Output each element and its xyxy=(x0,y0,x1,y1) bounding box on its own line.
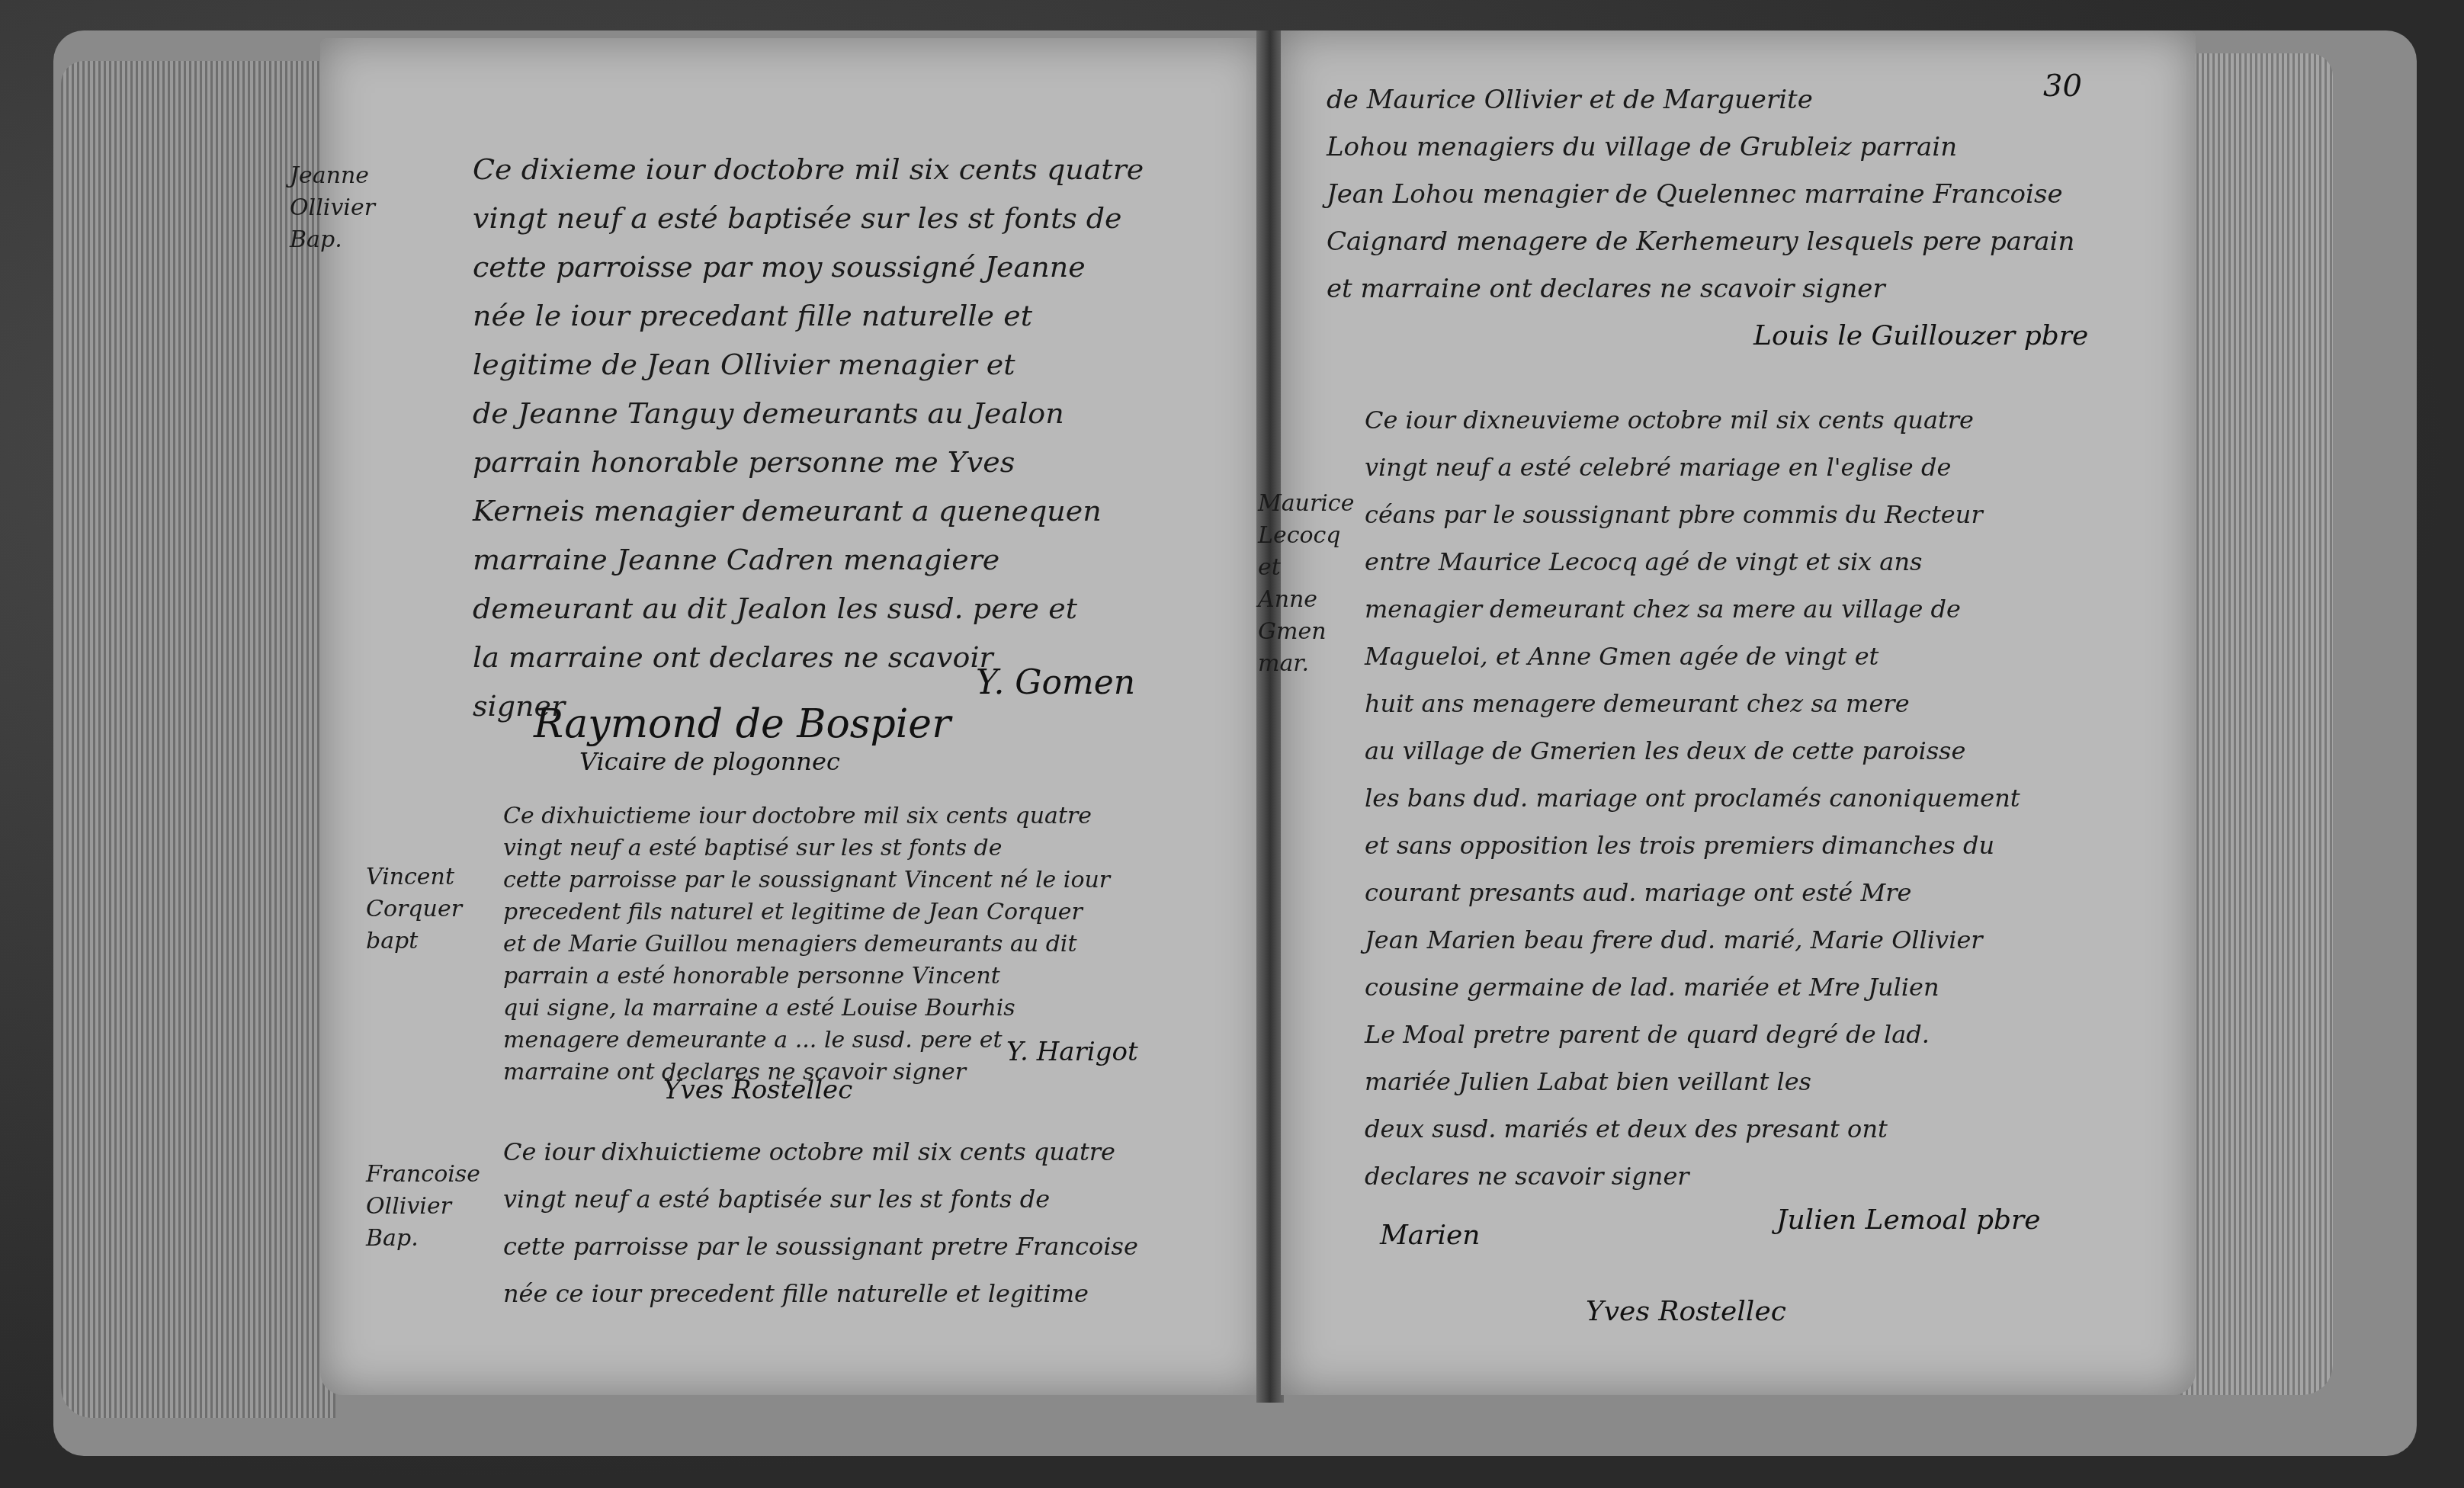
signature-rostellec-right: Yves Rostellec xyxy=(1586,1296,1786,1327)
left-page: Jeanne Ollivier Bap. Ce dixieme iour doc… xyxy=(320,38,1266,1395)
entry-4-text: Ce iour dixhuictieme octobre mil six cen… xyxy=(503,1128,1266,1317)
signature-vicaire-title: Vicaire de plogonnec xyxy=(579,747,840,776)
signature-harigot: Y. Harigot xyxy=(1006,1037,1138,1067)
signature-gomen: Y. Gomen xyxy=(976,663,1135,702)
right-page-edges xyxy=(2180,53,2333,1395)
signature-marien: Marien xyxy=(1380,1220,1481,1251)
entry-1-text: Ce dixieme iour doctobre mil six cents q… xyxy=(473,145,1250,730)
signature-guillouzer: Louis le Guillouzer pbre xyxy=(1753,320,2088,351)
signature-lemoal: Julien Lemoal pbre xyxy=(1776,1204,2041,1236)
signature-rostellec: Yves Rostellec xyxy=(663,1075,852,1105)
signature-raymond-de-bospier: Raymond de Bospier xyxy=(534,701,951,747)
margin-note-entry-3: Vincent Corquer bapt xyxy=(366,861,462,957)
marriage-entry-text: Ce iour dixneuvieme octobre mil six cent… xyxy=(1365,396,2173,1200)
entry-3-text: Ce dixhuictieme iour doctobre mil six ce… xyxy=(503,800,1266,1089)
margin-note-entry-4: Francoise Ollivier Bap. xyxy=(366,1159,480,1255)
continued-entry-text: de Maurice Ollivier et de Marguerite Loh… xyxy=(1327,76,2165,313)
book-spine xyxy=(1256,30,1284,1403)
left-page-edges xyxy=(61,61,335,1418)
margin-note-marriage: Maurice Lecocq et Anne Gmen mar. xyxy=(1258,488,1354,680)
right-page: 30 de Maurice Ollivier et de Marguerite … xyxy=(1281,30,2196,1395)
margin-note-entry-1: Jeanne Ollivier Bap. xyxy=(290,160,375,256)
